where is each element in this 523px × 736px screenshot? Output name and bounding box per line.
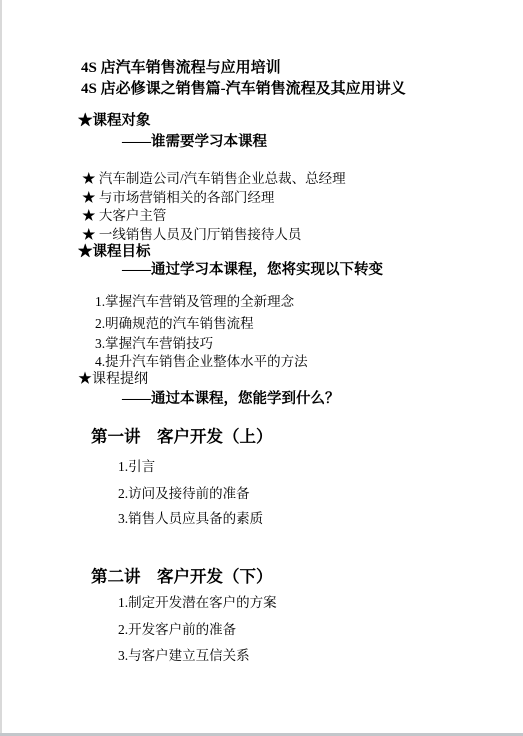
section-heading-outline: ★课程提纲 (78, 372, 148, 388)
goal-item: 3.掌握汽车营销技巧 (95, 336, 213, 352)
doc-title-line-1: 4S 店汽车销售流程与应用培训 (81, 60, 281, 77)
lecture-2-item: 1.制定开发潜在客户的方案 (118, 595, 277, 611)
section-heading-goals: ★课程目标 (78, 244, 151, 261)
audience-bullet: ★ 一线销售人员及门厅销售接待人员 (82, 227, 301, 243)
lecture-2-item: 2.开发客户前的准备 (118, 622, 236, 638)
lecture-1-item: 1.引言 (118, 459, 155, 475)
document-page: 4S 店汽车销售流程与应用培训 4S 店必修课之销售篇-汽车销售流程及其应用讲义… (0, 0, 523, 736)
lecture-1-title: 第一讲 客户开发（上） (91, 428, 273, 447)
page-left-edge (0, 0, 2, 736)
lecture-2-item: 3.与客户建立互信关系 (118, 648, 250, 664)
lecture-1-item: 2.访问及接待前的准备 (118, 486, 250, 502)
goal-item: 4.提升汽车销售企业整体水平的方法 (95, 354, 308, 370)
section-subheading-goals: ——通过学习本课程，您将实现以下转变 (122, 262, 383, 279)
section-heading-audience: ★课程对象 (78, 113, 151, 130)
section-subheading-audience: ——谁需要学习本课程 (122, 134, 267, 151)
audience-bullet: ★ 汽车制造公司/汽车销售企业总裁、总经理 (82, 171, 346, 187)
goal-item: 2.明确规范的汽车销售流程 (95, 316, 254, 332)
section-subheading-outline: ——通过本课程，您能学到什么？ (122, 391, 340, 408)
audience-bullet: ★ 大客户主管 (82, 208, 166, 224)
audience-bullet: ★ 与市场营销相关的各部门经理 (82, 190, 274, 206)
doc-title-line-2: 4S 店必修课之销售篇-汽车销售流程及其应用讲义 (81, 81, 406, 98)
lecture-1-item: 3.销售人员应具备的素质 (118, 511, 263, 527)
lecture-2-title: 第二讲 客户开发（下） (91, 568, 273, 587)
goal-item: 1.掌握汽车营销及管理的全新理念 (95, 294, 294, 310)
